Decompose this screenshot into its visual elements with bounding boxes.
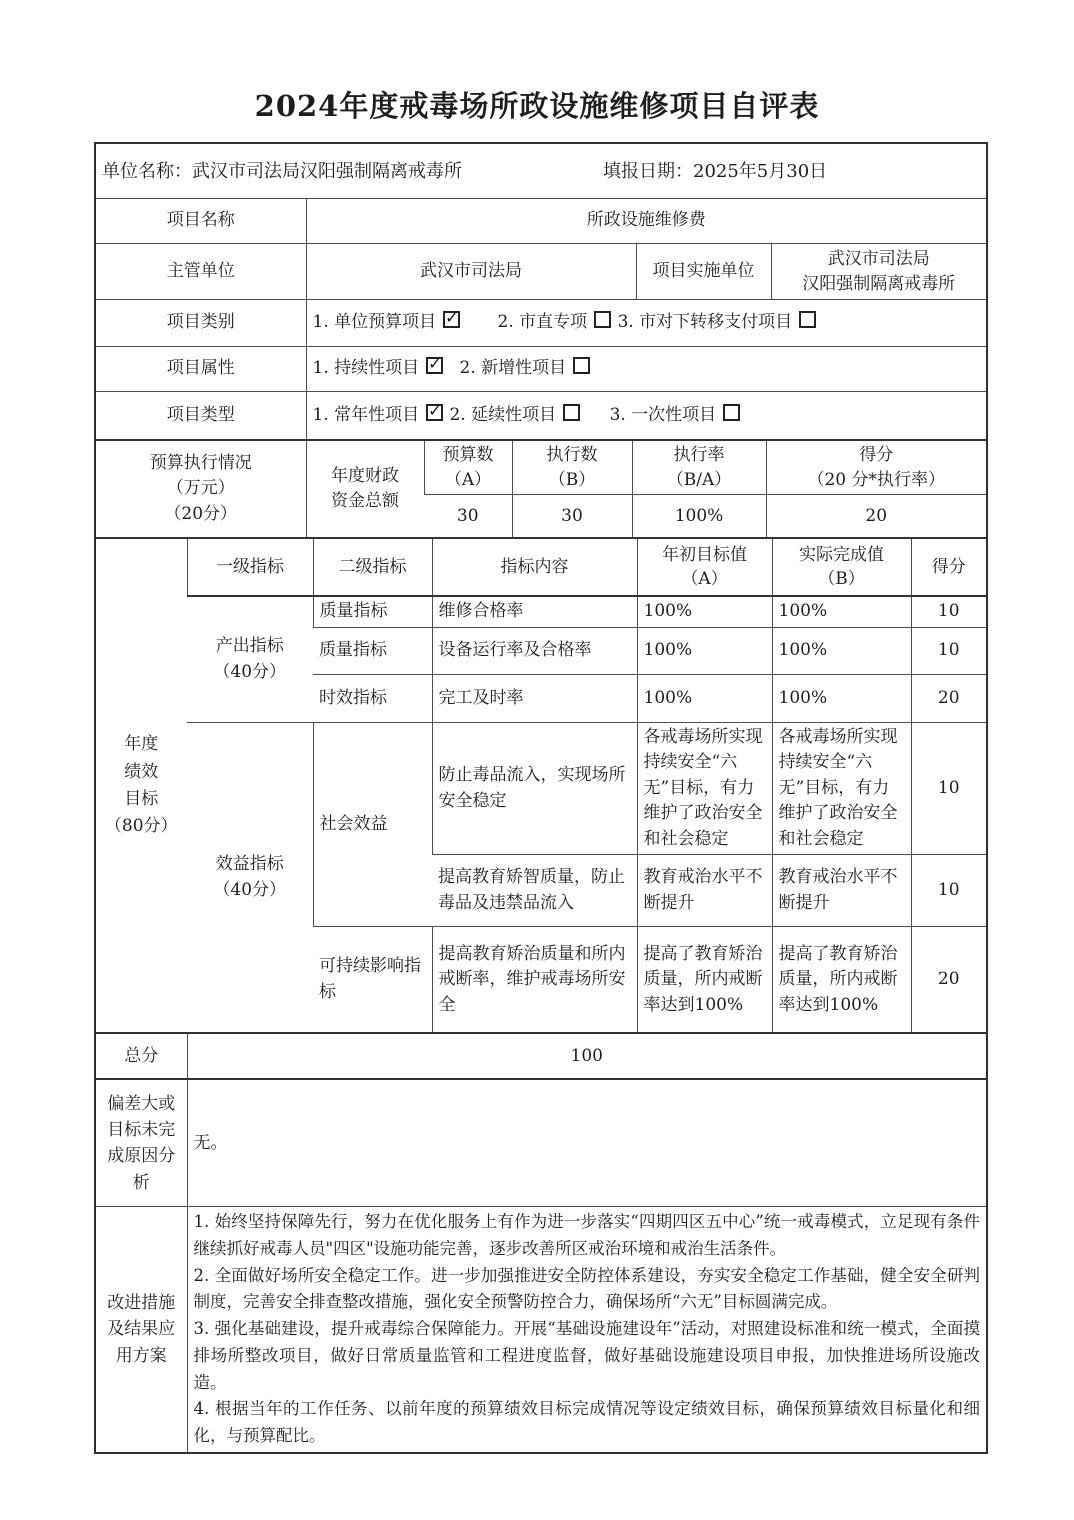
performance-section: 年度 绩效 目标 （80分） 一级指标 二级指标 指标内容 年初目标值 （A） … bbox=[96, 537, 986, 1032]
check-mark: ✓ bbox=[428, 399, 441, 423]
implementer-value-line1: 武汉市司法局 bbox=[778, 247, 981, 272]
improvement-section: 改进措施及结果应用方案 1. 始终坚持保障先行，努力在优化服务上有作为进一步落实… bbox=[96, 1206, 986, 1451]
check-mark: ✓ bbox=[445, 306, 458, 330]
info-cell: 单位名称：武汉市司法局汉阳强制隔离戒毒所 填报日期：2025年5月30日 bbox=[96, 144, 986, 198]
info-section: 单位名称：武汉市司法局汉阳强制隔离戒毒所 填报日期：2025年5月30日 bbox=[96, 144, 986, 198]
target-value: 100% bbox=[637, 596, 772, 627]
header-line: （B） bbox=[779, 567, 905, 592]
deviation-label: 偏差大或目标未完成原因分析 bbox=[96, 1079, 187, 1206]
goal-label-line: 目标 bbox=[102, 786, 181, 813]
indicator-content: 提高教育矫智质量，防止毒品及违禁品流入 bbox=[432, 855, 637, 927]
score-value: 20 bbox=[911, 674, 986, 722]
budget-label-line2: （万元） bbox=[102, 476, 300, 502]
type-option-2: 2. 延续性项目 bbox=[450, 403, 581, 429]
actual-header: 实际完成值 （B） bbox=[772, 538, 911, 596]
benefit-indicator-group-label: 效益指标 （40分） bbox=[187, 722, 313, 1032]
improvement-paragraph: 4. 根据当年的工作任务、以前年度的预算绩效目标完成情况等设定绩效目标，确保预算… bbox=[194, 1396, 981, 1449]
attribute-options: 1. 持续性项目✓ 2. 新增性项目 bbox=[306, 347, 986, 392]
score-header: 得分 bbox=[911, 538, 986, 596]
supervisor-row: 主管单位 武汉市司法局 项目实施单位 武汉市司法局 汉阳强制隔离戒毒所 bbox=[96, 244, 986, 300]
goal-label-line: 年度 bbox=[102, 731, 181, 758]
checkbox-checked-icon: ✓ bbox=[443, 311, 460, 328]
checkbox-checked-icon: ✓ bbox=[426, 404, 443, 421]
level1-header: 一级指标 bbox=[187, 538, 313, 596]
total-score-section: 总分 100 bbox=[96, 1032, 986, 1078]
type-label: 项目类型 bbox=[96, 392, 306, 440]
option-label: 1. 单位预算项目 bbox=[313, 312, 437, 332]
group-label-line2: （40分） bbox=[193, 878, 307, 904]
category-options: 1. 单位预算项目✓ 2. 市直专项 3. 市对下转移支付项目 bbox=[306, 300, 986, 347]
info-row: 单位名称：武汉市司法局汉阳强制隔离戒毒所 填报日期：2025年5月30日 bbox=[96, 144, 986, 198]
score-value: 10 bbox=[911, 596, 986, 627]
sub-indicator: 质量指标 bbox=[313, 627, 432, 674]
header-line: 执行率 bbox=[639, 443, 760, 468]
supervisor-label: 主管单位 bbox=[96, 244, 306, 300]
option-label: 1. 持续性项目 bbox=[313, 358, 420, 378]
header-line: 执行数 bbox=[519, 443, 626, 468]
annual-performance-goal-label: 年度 绩效 目标 （80分） bbox=[96, 538, 187, 1032]
budget-col-header: 执行率 （B/A） bbox=[632, 440, 766, 495]
attribute-option-1: 1. 持续性项目✓ bbox=[313, 356, 444, 382]
header-line: 预算数 bbox=[431, 443, 506, 468]
type-option-1: 1. 常年性项目✓ bbox=[313, 403, 444, 429]
attribute-option-2: 2. 新增性项目 bbox=[460, 356, 591, 382]
actual-value: 各戒毒场所实现持续安全“六无”目标，有力维护了政治安全和社会稳定 bbox=[772, 722, 911, 855]
indicator-content: 提高教育矫治质量和所内戒断率，维护戒毒场所安全 bbox=[432, 927, 637, 1033]
total-score-value: 100 bbox=[187, 1033, 986, 1078]
category-option-2: 2. 市直专项 bbox=[498, 310, 612, 336]
unit-name-label: 单位名称： bbox=[102, 161, 192, 182]
target-value: 教育戒治水平不断提升 bbox=[637, 855, 772, 927]
option-label: 2. 新增性项目 bbox=[460, 358, 567, 378]
type-row: 项目类型 1. 常年性项目✓ 2. 延续性项目 3. 一次性项目 bbox=[96, 392, 986, 440]
implementer-value: 武汉市司法局 汉阳强制隔离戒毒所 bbox=[771, 244, 986, 300]
category-row: 项目类别 1. 单位预算项目✓ 2. 市直专项 3. 市对下转移支付项目 bbox=[96, 300, 986, 347]
report-date-label: 填报日期： bbox=[603, 161, 693, 182]
self-assessment-form-table: 单位名称：武汉市司法局汉阳强制隔离戒毒所 填报日期：2025年5月30日 项目名… bbox=[94, 142, 988, 1454]
actual-value: 提高了教育矫治质量，所内戒断率达到100% bbox=[772, 927, 911, 1033]
improvement-content: 1. 始终坚持保障先行，努力在优化服务上有作为进一步落实“四期四区五中心”统一戒… bbox=[187, 1207, 986, 1452]
fund-label-line1: 年度财政 bbox=[313, 464, 418, 490]
indicator-content: 设备运行率及合格率 bbox=[432, 627, 637, 674]
indicator-content: 维修合格率 bbox=[432, 596, 637, 627]
option-label: 1. 常年性项目 bbox=[313, 405, 420, 425]
option-label: 3. 一次性项目 bbox=[610, 405, 717, 425]
score-value: 10 bbox=[911, 855, 986, 927]
budget-section-label: 预算执行情况 （万元） （20分） bbox=[96, 440, 306, 537]
budget-value-a: 30 bbox=[424, 495, 512, 538]
improvement-label-text: 改进措施及结果应用方案 bbox=[105, 1290, 177, 1369]
indicator-content: 防止毒品流入，实现场所安全稳定 bbox=[432, 722, 637, 855]
improvement-row: 改进措施及结果应用方案 1. 始终坚持保障先行，努力在优化服务上有作为进一步落实… bbox=[96, 1207, 986, 1452]
option-label: 2. 延续性项目 bbox=[450, 405, 557, 425]
indicator-row: 效益指标 （40分） 社会效益 防止毒品流入，实现场所安全稳定 各戒毒场所实现持… bbox=[96, 722, 986, 855]
checkbox-checked-icon: ✓ bbox=[426, 357, 443, 374]
budget-col-header: 执行数 （B） bbox=[512, 440, 632, 495]
indicator-header-row: 年度 绩效 目标 （80分） 一级指标 二级指标 指标内容 年初目标值 （A） … bbox=[96, 538, 986, 596]
deviation-section: 偏差大或目标未完成原因分析 无。 bbox=[96, 1078, 986, 1206]
unit-name: 单位名称：武汉市司法局汉阳强制隔离戒毒所 bbox=[102, 158, 603, 185]
total-score-row: 总分 100 bbox=[96, 1033, 986, 1078]
type-options: 1. 常年性项目✓ 2. 延续性项目 3. 一次性项目 bbox=[306, 392, 986, 440]
improvement-paragraph: 2. 全面做好场所安全稳定工作。进一步加强推进安全防控体系建设，夯实安全稳定工作… bbox=[194, 1263, 981, 1316]
category-label: 项目类别 bbox=[96, 300, 306, 347]
actual-value: 100% bbox=[772, 627, 911, 674]
header-line: 得分 bbox=[773, 443, 981, 468]
sub-indicator: 质量指标 bbox=[313, 596, 432, 627]
indicator-content: 完工及时率 bbox=[432, 674, 637, 722]
budget-label-line1: 预算执行情况 bbox=[102, 451, 300, 477]
unit-name-value: 武汉市司法局汉阳强制隔离戒毒所 bbox=[192, 161, 462, 182]
target-value: 100% bbox=[637, 627, 772, 674]
header-line: （B） bbox=[519, 468, 626, 493]
page-title: 2024年度戒毒场所政设施维修项目自评表 bbox=[0, 84, 1074, 125]
output-indicator-group-label: 产出指标 （40分） bbox=[187, 596, 313, 722]
option-label: 2. 市直专项 bbox=[498, 312, 588, 332]
target-value: 100% bbox=[637, 674, 772, 722]
budget-col-header: 得分 （20 分*执行率） bbox=[766, 440, 986, 495]
budget-value-b: 30 bbox=[512, 495, 632, 538]
basic-section: 项目名称 所政设施维修费 主管单位 武汉市司法局 项目实施单位 武汉市司法局 汉… bbox=[96, 198, 986, 439]
category-option-3: 3. 市对下转移支付项目 bbox=[618, 310, 817, 336]
header-line: （B/A） bbox=[639, 468, 760, 493]
actual-value: 100% bbox=[772, 674, 911, 722]
header-line: （A） bbox=[644, 567, 766, 592]
sub-indicator: 时效指标 bbox=[313, 674, 432, 722]
budget-header-row: 预算执行情况 （万元） （20分） 年度财政 资金总额 预算数 （A） 执行数 … bbox=[96, 440, 986, 495]
header-line: （20 分*执行率） bbox=[773, 468, 981, 493]
actual-value: 100% bbox=[772, 596, 911, 627]
option-label: 3. 市对下转移支付项目 bbox=[618, 312, 793, 332]
sub-indicator: 可持续影响指标 bbox=[313, 927, 432, 1033]
annual-fund-label: 年度财政 资金总额 bbox=[306, 440, 424, 537]
project-name-label: 项目名称 bbox=[96, 199, 306, 244]
report-date-value: 2025年5月30日 bbox=[693, 161, 827, 182]
target-value: 各戒毒场所实现持续安全“六无”目标，有力维护了政治安全和社会稳定 bbox=[637, 722, 772, 855]
checkbox-unchecked-icon bbox=[799, 311, 816, 328]
indicator-row: 产出指标 （40分） 质量指标 维修合格率 100% 100% 10 bbox=[96, 596, 986, 627]
budget-section: 预算执行情况 （万元） （20分） 年度财政 资金总额 预算数 （A） 执行数 … bbox=[96, 439, 986, 537]
checkbox-unchecked-icon bbox=[573, 357, 590, 374]
target-value: 提高了教育矫治质量，所内戒断率达到100% bbox=[637, 927, 772, 1033]
score-value: 10 bbox=[911, 722, 986, 855]
improvement-label: 改进措施及结果应用方案 bbox=[96, 1207, 187, 1452]
category-option-1: 1. 单位预算项目✓ bbox=[313, 310, 461, 336]
deviation-label-text: 偏差大或目标未完成原因分析 bbox=[105, 1091, 177, 1196]
deviation-row: 偏差大或目标未完成原因分析 无。 bbox=[96, 1079, 986, 1206]
total-score-label: 总分 bbox=[96, 1033, 187, 1078]
actual-value: 教育戒治水平不断提升 bbox=[772, 855, 911, 927]
score-value: 20 bbox=[911, 927, 986, 1033]
attribute-label: 项目属性 bbox=[96, 347, 306, 392]
project-name-value: 所政设施维修费 bbox=[306, 199, 986, 244]
header-line: 年初目标值 bbox=[644, 543, 766, 568]
fund-label-line2: 资金总额 bbox=[313, 489, 418, 515]
budget-col-header: 预算数 （A） bbox=[424, 440, 512, 495]
project-name-row: 项目名称 所政设施维修费 bbox=[96, 199, 986, 244]
attribute-row: 项目属性 1. 持续性项目✓ 2. 新增性项目 bbox=[96, 347, 986, 392]
level2-header: 二级指标 bbox=[313, 538, 432, 596]
group-label-line1: 产出指标 bbox=[193, 634, 307, 660]
budget-score: 20 bbox=[766, 495, 986, 538]
target-header: 年初目标值 （A） bbox=[637, 538, 772, 596]
budget-label-line3: （20分） bbox=[102, 502, 300, 528]
group-label-line2: （40分） bbox=[193, 660, 307, 686]
supervisor-value: 武汉市司法局 bbox=[306, 244, 636, 300]
sub-indicator: 社会效益 bbox=[313, 722, 432, 927]
type-option-3: 3. 一次性项目 bbox=[610, 403, 741, 429]
checkbox-unchecked-icon bbox=[594, 311, 611, 328]
report-date: 填报日期：2025年5月30日 bbox=[603, 158, 827, 185]
content-header: 指标内容 bbox=[432, 538, 637, 596]
check-mark: ✓ bbox=[428, 352, 441, 376]
checkbox-unchecked-icon bbox=[563, 404, 580, 421]
deviation-value: 无。 bbox=[187, 1079, 986, 1206]
goal-label-line: 绩效 bbox=[102, 759, 181, 786]
header-line: 实际完成值 bbox=[779, 543, 905, 568]
header-line: （A） bbox=[431, 468, 506, 493]
group-label-line1: 效益指标 bbox=[193, 852, 307, 878]
implementer-label: 项目实施单位 bbox=[636, 244, 771, 300]
goal-label-line: （80分） bbox=[102, 813, 181, 840]
improvement-paragraph: 1. 始终坚持保障先行，努力在优化服务上有作为进一步落实“四期四区五中心”统一戒… bbox=[194, 1209, 981, 1262]
budget-execution-rate: 100% bbox=[632, 495, 766, 538]
improvement-paragraph: 3. 强化基础建设，提升戒毒综合保障能力。开展“基础设施建设年”活动，对照建设标… bbox=[194, 1316, 981, 1396]
score-value: 10 bbox=[911, 627, 986, 674]
implementer-value-line2: 汉阳强制隔离戒毒所 bbox=[778, 272, 981, 297]
checkbox-unchecked-icon bbox=[723, 404, 740, 421]
